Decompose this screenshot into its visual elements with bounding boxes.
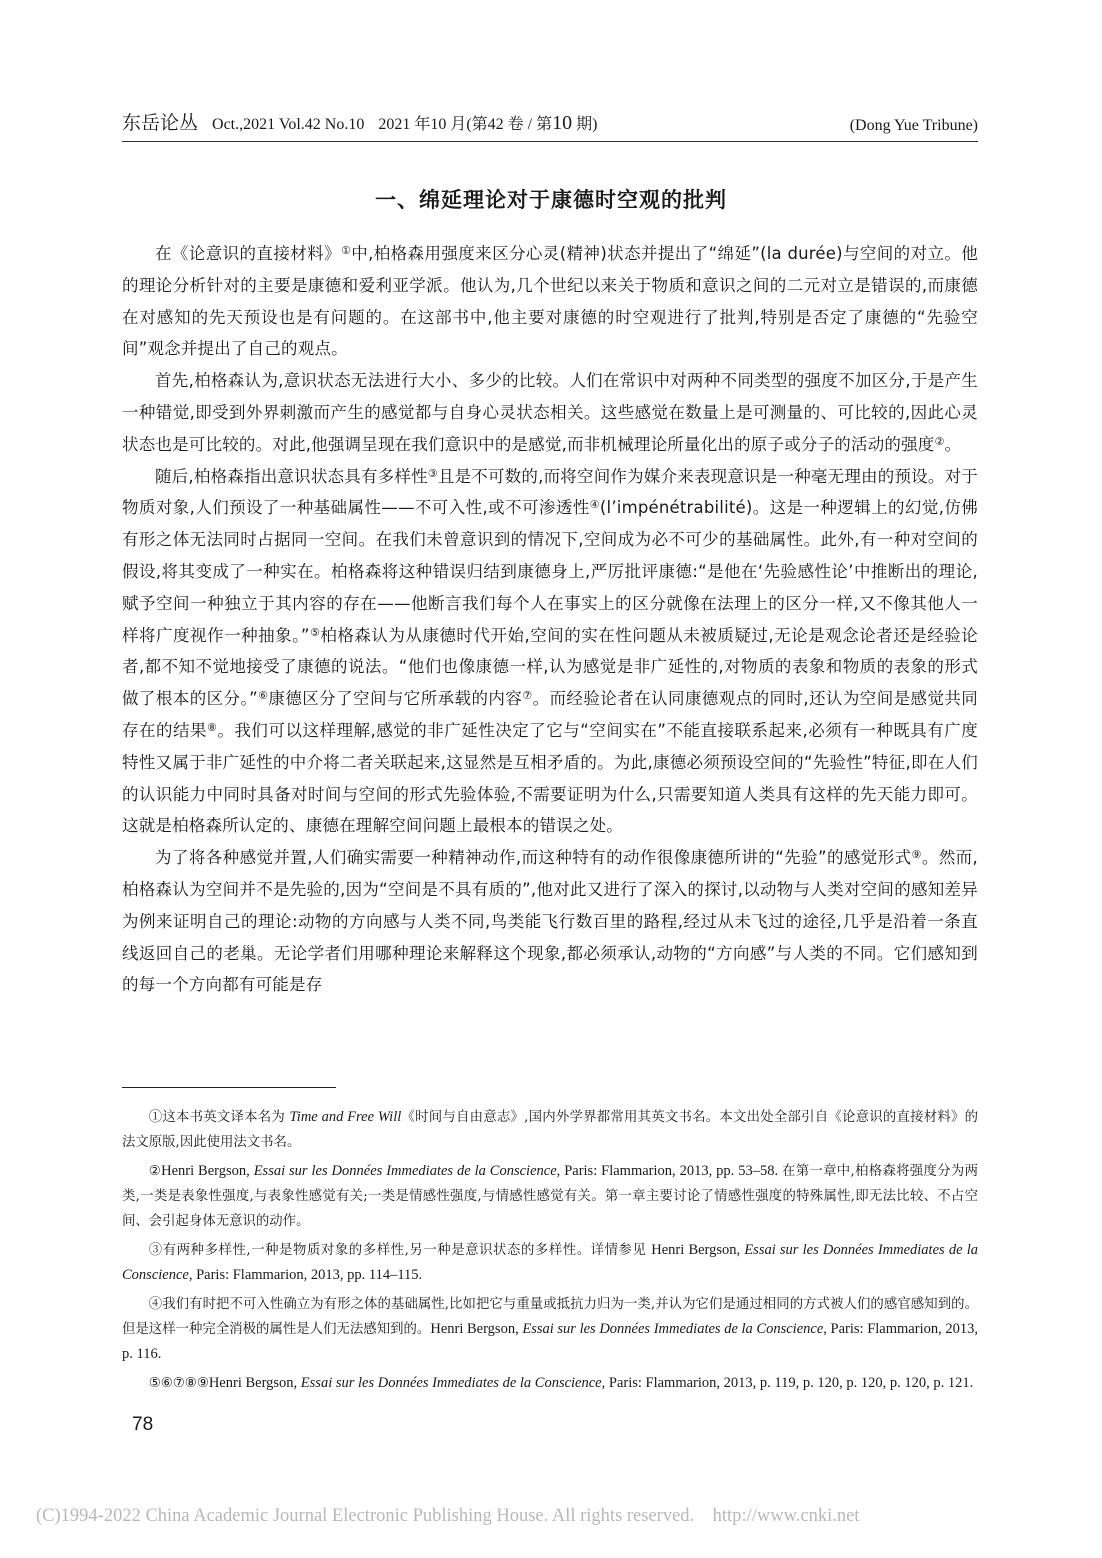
text-run: 。我们可以这样理解,感觉的非广延性决定了它与“空间实在”不能直接联系起来,必须有… (122, 721, 978, 835)
running-header: 东岳论丛 Oct.,2021 Vol.42 No.10 2021 年10 月(第… (122, 110, 978, 142)
citation-text: , Paris: Flammarion, 2013, p. 119, p. 12… (602, 1375, 974, 1391)
book-title: Essai sur les Données Immediates de la C… (301, 1375, 602, 1391)
footnote-ref[interactable]: ④ (590, 498, 600, 511)
body-text: 在《论意识的直接材料》①中,柏格森用强度来区分心灵(精神)状态并提出了“绵延”(… (122, 238, 978, 1001)
text-run: 在《论意识的直接材料》 (155, 244, 341, 263)
text-run: 。然而,柏格森认为空间并不是先验的,因为“空间是不具有质的”,他对此又进行了深入… (122, 848, 978, 994)
footnote-ref[interactable]: ① (341, 244, 351, 257)
text-run: 首先,柏格森认为,意识状态无法进行大小、多少的比较。人们在常识中对两种不同类型的… (122, 371, 978, 454)
header-left: 东岳论丛 Oct.,2021 Vol.42 No.10 2021 年10 月(第… (122, 108, 597, 135)
text-run: 为了将各种感觉并置,人们确实需要一种精神动作,而这种特有的动作很像康德所讲的“先… (155, 848, 912, 867)
footnote: ⑤⑥⑦⑧⑨Henri Bergson, Essai sur les Donnée… (122, 1371, 978, 1396)
text-run: (l’impénétrabilité)。这是一种逻辑上的幻觉,仿佛有形之体无法同… (122, 498, 978, 644)
issue-meta-cn: 2021 年10 月(第42 卷 / 第10 期) (378, 111, 597, 135)
text-run: 。 (945, 435, 962, 454)
footnote-ref[interactable]: ⑤ (310, 626, 321, 639)
page-number: 78 (132, 1414, 153, 1436)
issue-number: 10 (552, 112, 572, 134)
footnote-ref[interactable]: ⑦ (522, 689, 532, 702)
issue-prefix: 2021 年10 月(第42 卷 / 第 (378, 116, 552, 133)
paragraph: 在《论意识的直接材料》①中,柏格森用强度来区分心灵(精神)状态并提出了“绵延”(… (122, 238, 978, 365)
footnote-ref[interactable]: ⑧ (207, 721, 217, 734)
footnote-ref[interactable]: ⑨ (912, 848, 922, 861)
text-run: ①这本书英文译本名为 (149, 1110, 290, 1125)
citation-text: Henri Bergson, (161, 1163, 254, 1179)
footnote-ref[interactable]: ⑥ (258, 689, 269, 702)
text-run: 随后,柏格森指出意识状态具有多样性 (155, 467, 428, 486)
footnote-divider (122, 1087, 336, 1088)
footnotes: ①这本书英文译本名为 Time and Free Will《时间与自由意志》,国… (122, 1105, 978, 1400)
footnote: ③有两种多样性,一种是物质对象的多样性,另一种是意识状态的多样性。详情参见 He… (122, 1238, 978, 1288)
text-run: ⑤⑥⑦⑧⑨ (149, 1376, 209, 1391)
footnote: ②Henri Bergson, Essai sur les Données Im… (122, 1159, 978, 1234)
text-run: ③有两种多样性,一种是物质对象的多样性,另一种是意识状态的多样性。详情参见 (149, 1243, 651, 1258)
footnote-ref[interactable]: ② (935, 435, 945, 448)
text-run: 康德区分了空间与它所承载的内容 (268, 689, 522, 708)
citation-text: , Paris: Flammarion, 2013, pp. 114–115. (189, 1267, 422, 1283)
footnote-ref[interactable]: ③ (428, 467, 438, 480)
citation-text: Henri Bergson, (651, 1242, 744, 1258)
paragraph: 首先,柏格森认为,意识状态无法进行大小、多少的比较。人们在常识中对两种不同类型的… (122, 365, 978, 460)
citation-text: Henri Bergson, (430, 1321, 522, 1337)
paragraph: 随后,柏格森指出意识状态具有多样性③且是不可数的,而将空间作为媒介来表现意识是一… (122, 461, 978, 843)
section-title: 一、绵延理论对于康德时空观的批判 (0, 184, 1102, 214)
text-run: ② (149, 1164, 161, 1179)
citation-text: Henri Bergson, (209, 1375, 301, 1391)
copyright-notice: (C)1994-2022 China Academic Journal Elec… (36, 1506, 859, 1527)
issue-suffix: 期) (572, 116, 597, 133)
citation-text: , Paris: Flammarion, 2013, pp. 53–58. (557, 1163, 782, 1179)
paragraph: 为了将各种感觉并置,人们确实需要一种精神动作,而这种特有的动作很像康德所讲的“先… (122, 842, 978, 1001)
footnote: ④我们有时把不可入性确立为有形之体的基础属性,比如把它与重量或抵抗力归为一类,并… (122, 1292, 978, 1367)
journal-name-cn: 东岳论丛 (122, 108, 198, 135)
book-title: Essai sur les Données Immediates de la C… (522, 1321, 823, 1337)
book-title: Time and Free Will (290, 1109, 402, 1125)
footnote: ①这本书英文译本名为 Time and Free Will《时间与自由意志》,国… (122, 1105, 978, 1155)
book-title: Essai sur les Données Immediates de la C… (254, 1163, 557, 1179)
issue-meta-en: Oct.,2021 Vol.42 No.10 (212, 116, 364, 134)
journal-name-en: (Dong Yue Tribune) (850, 117, 978, 135)
